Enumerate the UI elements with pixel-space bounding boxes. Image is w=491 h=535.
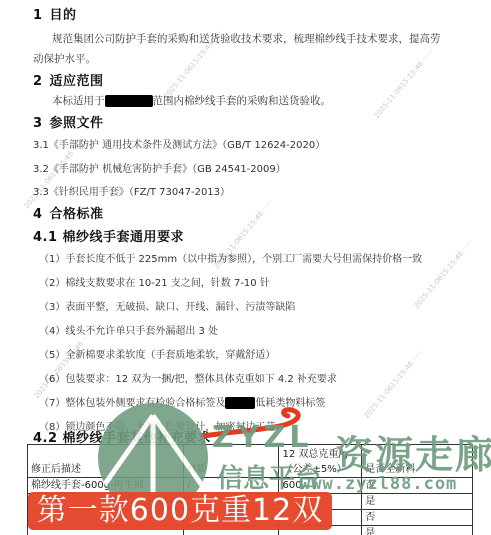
requirement-item: （1）手套长度不低于 225mm（以中指为参照），个别工厂需要大号但需保持价格一…: [39, 250, 422, 265]
section-3-heading: 3参照文件: [33, 112, 104, 131]
section-1-paragraph-line1: 规范集团公司防护手套的采购和送货验收技术要求，梳理棉纱线手技术要求，提高劳: [52, 31, 441, 46]
reference-item: 3.3《针织民用手套》（FZ/T 73047-2013）: [33, 183, 230, 198]
section-1-paragraph-line2: 动保护水平。: [33, 51, 96, 66]
brand-latin-watermark: ZYZL: [212, 420, 312, 455]
section-4-1-heading: 4.1 棉纱线手套通用要求: [33, 226, 184, 245]
diagonal-watermark: 2025-11-0615:15:46 ······: [33, 328, 96, 400]
red-banner-caption: 第一款600克重12双: [28, 492, 332, 530]
requirement-item: （2）棉线支数要求在 10-21 支之间，针数 7-10 针: [39, 274, 270, 289]
section-1-heading: 1目的: [33, 4, 77, 23]
requirement-item: （6）包装要求：12 双为一捆/把，整体具体克重如下 4.2 补充要求: [39, 370, 337, 385]
diagonal-watermark: 2025-11-0615:15:46 ······: [413, 238, 476, 310]
requirement-item: （3）表面平整，无破损、缺口、开线、漏针、污渍等缺陷: [39, 298, 295, 313]
section-4-heading: 4合格标准: [33, 203, 104, 222]
brand-url-watermark: www.zyzl88.com: [300, 474, 457, 494]
reference-item: 3.1《手部防护 通用技术条件及测试方法》（GB/T 12624-2020）: [33, 136, 325, 151]
reference-item: 3.2《手部防护 机械危害防护手套》（GB 24541-2009）: [33, 160, 286, 175]
requirement-item: （4）线头不允许单只手套外漏超出 3 处: [39, 322, 218, 337]
diagonal-watermark: 2025-11-0615:15:46 ······: [363, 348, 426, 420]
section-2-paragraph: 本标适用于范围内棉纱线手套的采购和送货验收。: [52, 93, 331, 108]
document-page: 2025-11-0615:15:45 ······ 2025-11-0615:1…: [0, 0, 491, 535]
requirement-item: （5）全新棉要求柔软度（手套质地柔软，穿戴舒适）: [39, 346, 275, 361]
section-2-heading: 2适应范围: [33, 70, 104, 89]
diagonal-watermark: 2025-11-0615:15:46 ······: [373, 48, 436, 120]
redaction-box: [105, 95, 153, 107]
brand-chinese-watermark: 资源走廊: [335, 424, 491, 479]
